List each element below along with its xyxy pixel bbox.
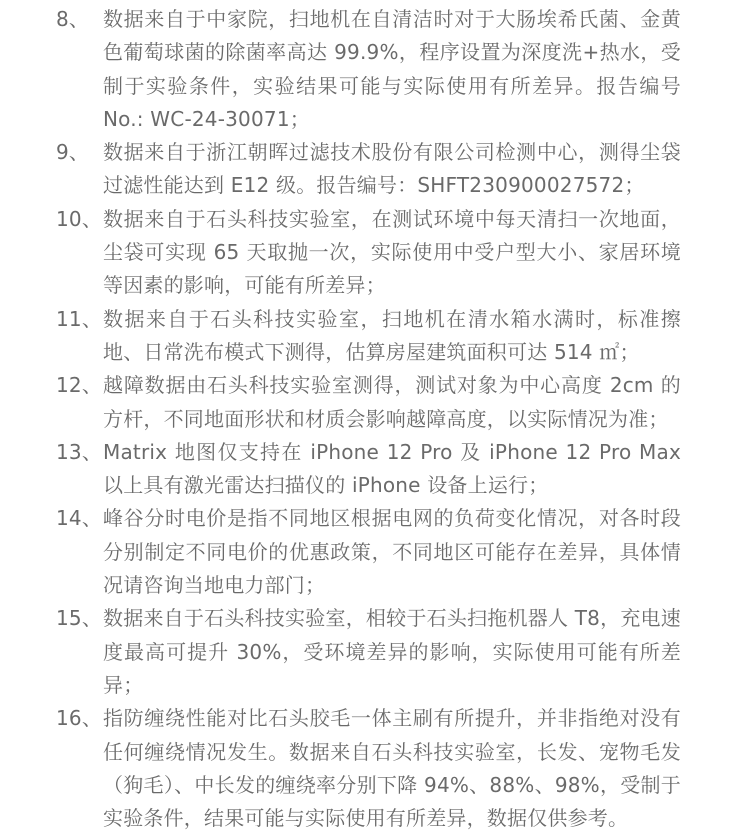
footnote-number: 9、 [0, 136, 103, 203]
footnote-13: 13、 Matrix 地图仅支持在 iPhone 12 Pro 及 iPhone… [0, 436, 750, 503]
footnote-number: 10、 [0, 203, 103, 303]
footnote-number: 8、 [0, 3, 103, 136]
footnote-number: 14、 [0, 502, 103, 602]
footnote-text: 峰谷分时电价是指不同地区根据电网的负荷变化情况，对各时段分别制定不同电价的优惠政… [103, 502, 681, 602]
footnote-number: 12、 [0, 369, 103, 436]
footnote-12: 12、 越障数据由石头科技实验室测得，测试对象为中心高度 2cm 的方杆，不同地… [0, 369, 750, 436]
footnote-15: 15、 数据来自于石头科技实验室，相较于石头扫拖机器人 T8，充电速度最高可提升… [0, 602, 750, 702]
footnote-9: 9、 数据来自于浙江朝晖过滤技术股份有限公司检测中心，测得尘袋过滤性能达到 E1… [0, 136, 750, 203]
footnote-text: 数据来自于石头科技实验室，在测试环境中每天清扫一次地面，尘袋可实现 65 天取抛… [103, 203, 681, 303]
footnote-text: 数据来自于石头科技实验室，相较于石头扫拖机器人 T8，充电速度最高可提升 30%… [103, 602, 681, 702]
footnote-text: 数据来自于石头科技实验室，扫地机在清水箱水满时，标准擦地、日常洗布模式下测得，估… [103, 303, 681, 370]
footnote-number: 16、 [0, 702, 103, 783]
footnote-text: Matrix 地图仅支持在 iPhone 12 Pro 及 iPhone 12 … [103, 436, 681, 503]
footnote-number: 11、 [0, 303, 103, 370]
footnote-number: 15、 [0, 602, 103, 702]
footnote-8: 8、 数据来自于中家院，扫地机在自清洁时对于大肠埃希氏菌、金黄色葡萄球菌的除菌率… [0, 3, 750, 136]
footnote-number: 13、 [0, 436, 103, 503]
footnote-text: 指防缠绕性能对比石头胶毛一体主刷有所提升，并非指绝对没有任何缠绕情况发生。数据来… [103, 702, 681, 783]
footnote-text: 数据来自于中家院，扫地机在自清洁时对于大肠埃希氏菌、金黄色葡萄球菌的除菌率高达 … [103, 3, 681, 136]
footnotes-list: 8、 数据来自于中家院，扫地机在自清洁时对于大肠埃希氏菌、金黄色葡萄球菌的除菌率… [0, 3, 750, 783]
footnote-16: 16、 指防缠绕性能对比石头胶毛一体主刷有所提升，并非指绝对没有任何缠绕情况发生… [0, 702, 750, 783]
footnote-text: 越障数据由石头科技实验室测得，测试对象为中心高度 2cm 的方杆，不同地面形状和… [103, 369, 681, 436]
footnote-14: 14、 峰谷分时电价是指不同地区根据电网的负荷变化情况，对各时段分别制定不同电价… [0, 502, 750, 602]
footnote-11: 11、 数据来自于石头科技实验室，扫地机在清水箱水满时，标准擦地、日常洗布模式下… [0, 303, 750, 370]
footnote-text: 数据来自于浙江朝晖过滤技术股份有限公司检测中心，测得尘袋过滤性能达到 E12 级… [103, 136, 681, 203]
footnote-10: 10、 数据来自于石头科技实验室，在测试环境中每天清扫一次地面，尘袋可实现 65… [0, 203, 750, 303]
